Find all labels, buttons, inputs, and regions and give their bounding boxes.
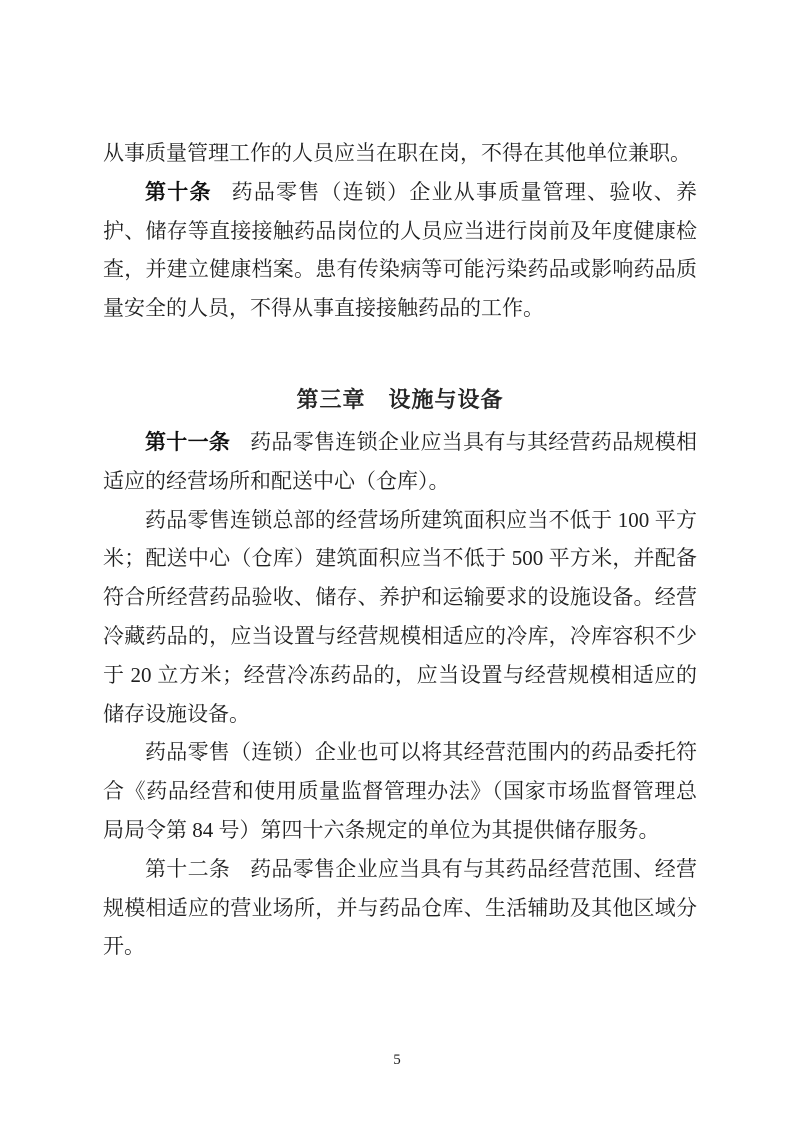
page-footer: 5 xyxy=(0,1050,794,1070)
paragraph-article-10: 第十条药品零售（连锁）企业从事质量管理、验收、养护、储存等直接接触药品岗位的人员… xyxy=(103,173,697,328)
paragraph-text: 药品零售连锁总部的经营场所建筑面积应当不低于 100 平方米；配送中心（仓库）建… xyxy=(103,508,697,726)
paragraph-text: 药品零售（连锁）企业也可以将其经营范围内的药品委托符合《药品经营和使用质量监督管… xyxy=(103,740,697,842)
paragraph-article-12: 第十二条药品零售企业应当具有与其药品经营范围、经营规模相适应的营业场所，并与药品… xyxy=(103,850,697,966)
page-number: 5 xyxy=(393,1052,401,1068)
chapter-3-heading: 第三章 设施与设备 xyxy=(103,385,697,415)
document-page: 从事质量管理工作的人员应当在职在岗，不得在其他单位兼职。 第十条药品零售（连锁）… xyxy=(0,0,794,1123)
paragraph-floor-area: 药品零售连锁总部的经营场所建筑面积应当不低于 100 平方米；配送中心（仓库）建… xyxy=(103,501,697,734)
paragraph-text: 从事质量管理工作的人员应当在职在岗，不得在其他单位兼职。 xyxy=(103,141,691,165)
document-body: 从事质量管理工作的人员应当在职在岗，不得在其他单位兼职。 第十条药品零售（连锁）… xyxy=(103,0,697,966)
article-11-label: 第十一条 xyxy=(145,430,230,454)
paragraph-article-11: 第十一条药品零售连锁企业应当具有与其经营药品规模相适应的经营场所和配送中心（仓库… xyxy=(103,423,697,501)
paragraph-storage-entrust: 药品零售（连锁）企业也可以将其经营范围内的药品委托符合《药品经营和使用质量监督管… xyxy=(103,733,697,849)
article-10-label: 第十条 xyxy=(145,180,212,204)
paragraph-continuation: 从事质量管理工作的人员应当在职在岗，不得在其他单位兼职。 xyxy=(103,134,697,173)
article-12-label: 第十二条 xyxy=(145,857,230,881)
